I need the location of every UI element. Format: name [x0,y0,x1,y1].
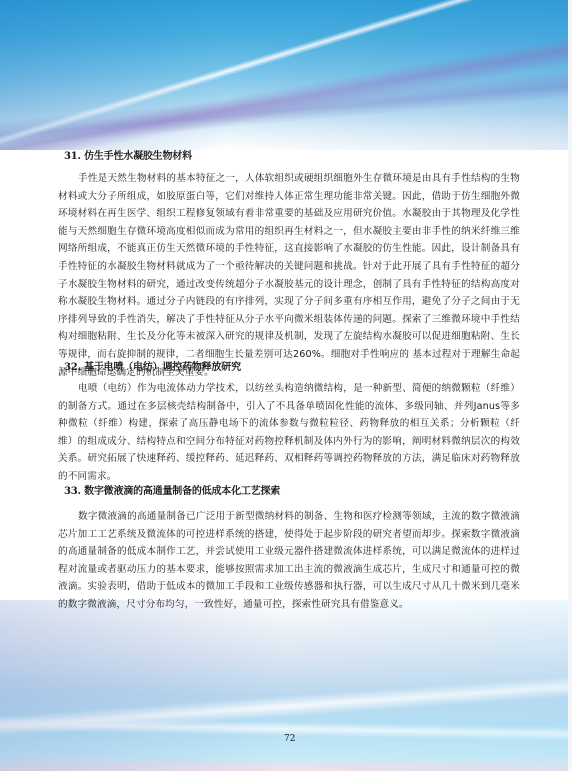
section-heading-31: 31. 仿生手性水凝胶生物材料 [64,147,192,162]
section-body-31: 手性是天然生物材料的基本特征之一，人体软组织或硬组织细胞外生存微环境是由具有手性… [58,170,520,381]
document-page: 31. 仿生手性水凝胶生物材料 手性是天然生物材料的基本特征之一，人体软组织或硬… [0,0,568,771]
page-edge [568,0,572,771]
header-decorative-banner [0,0,568,150]
footer-decorative-banner [0,600,568,771]
section-heading-32: 32. 基于电喷（电纺）调控药物释放研究 [64,358,241,373]
page-number: 72 [284,734,295,744]
section-body-32: 电喷（电纺）作为电流体动力学技术，以纺丝头构造纳微结构，是一种新型、简便的纳微颗… [58,380,520,486]
section-body-33: 数字微液滴的高通量制备已广泛用于新型微纳材料的制备、生物和医疗检测等领域，主流的… [58,508,520,614]
section-heading-33: 33. 数字微液滴的高通量制备的低成本化工艺探索 [64,482,280,497]
